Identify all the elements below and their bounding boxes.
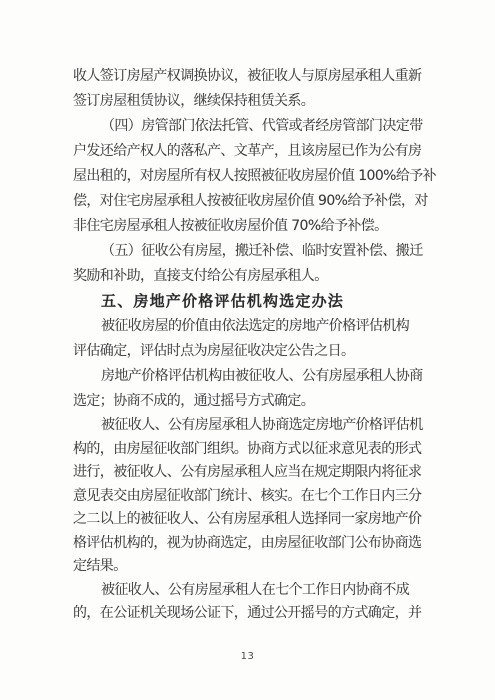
- text-line: 收人签订房屋产权调换协议，被征收人与原房屋承租人重新: [73, 64, 423, 89]
- text-line: 格评估机构的，视为协商选定，由房屋征收部门公布协商选: [73, 532, 423, 556]
- text-line: 之二以上的被征收人、公有房屋承租人选择同一家房地产价: [73, 508, 423, 532]
- text-line: 签订房屋租赁协议，继续保持租赁关系。: [73, 89, 423, 114]
- text-line: （五）征收公有房屋，搬迁补偿、临时安置补偿、搬迁: [73, 239, 423, 264]
- text-line: 的，在公证机关现场公证下，通过公开摇号的方式确定，并: [73, 602, 423, 626]
- text-line: 户发还给产权人的落私产、文革产，且该房屋已作为公有房: [73, 139, 423, 164]
- text-line: 房地产价格评估机构由被征收人、公有房屋承租人协商: [73, 364, 423, 389]
- text-line: 评估确定，评估时点为房屋征收决定公告之日。: [73, 339, 423, 364]
- text-line: 构的，由房屋征收部门组织。协商方式以征求意见表的形式: [73, 438, 423, 462]
- text-line: 偿，对住宅房屋承租人按被征收房屋价值 90%给予补偿，对: [73, 189, 423, 214]
- text-line: 被征收人、公有房屋承租人在七个工作日内协商不成: [73, 579, 423, 603]
- text-line: 被征收房屋的价值由依法选定的房地产价格评估机构: [73, 314, 423, 339]
- text-line: 非住宅房屋承租人按被征收房屋价值 70%给予补偿。: [73, 214, 423, 239]
- text-line: （四）房管部门依法托管、代管或者经房管部门决定带: [73, 114, 423, 139]
- text-line: 被征收人、公有房屋承租人协商选定房地产价格评估机: [73, 414, 423, 438]
- page-number: 13: [0, 650, 495, 664]
- text-line: 奖励和补助，直接支付给公有房屋承租人。: [73, 264, 423, 289]
- text-line: 进行，被征收人、公有房屋承租人应当在规定期限内将征求: [73, 461, 423, 485]
- text-line: 意见表交由房屋征收部门统计、核实。在七个工作日内三分: [73, 485, 423, 509]
- text-line: 定结果。: [73, 555, 423, 579]
- section-heading: 五、房地产价格评估机构选定办法: [73, 289, 423, 314]
- text-line: 屋出租的，对房屋所有权人按照被征收房屋价值 100%给予补: [73, 164, 423, 189]
- document-page: 收人签订房屋产权调换协议，被征收人与原房屋承租人重新 签订房屋租赁协议，继续保持…: [0, 0, 495, 700]
- document-text-block: 收人签订房屋产权调换协议，被征收人与原房屋承租人重新 签订房屋租赁协议，继续保持…: [73, 64, 423, 626]
- text-line: 选定；协商不成的，通过摇号方式确定。: [73, 389, 423, 414]
